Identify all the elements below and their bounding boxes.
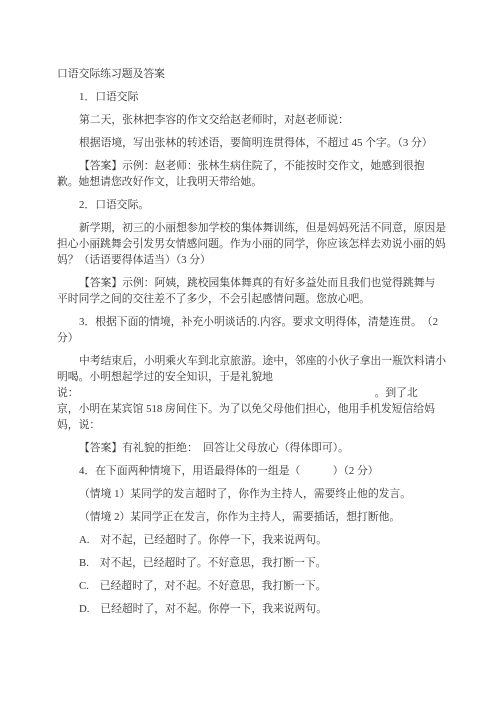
q4-situation-1: （情境 1）某同学的发言超时了，你作为主持人，需要终止他的发言。 xyxy=(57,486,450,502)
q3-context-line-5: 妈，说： xyxy=(57,417,450,433)
q3-answer-block: 【答案】有礼貌的拒绝： 回答让父母放心（得体即可）。 xyxy=(57,440,450,456)
q1-task-block: 根据语境，写出张林的转述语，要简明连贯得体，不超过 45 个字。（3 分） xyxy=(57,135,450,151)
q4-heading: 4．在下面两种情境下，用语最得体的一组是（ ）（2 分） xyxy=(57,463,450,479)
q2-context-line-3: 妈？（话语要得体适当）（3 分） xyxy=(57,252,450,268)
q3-blank-before: 说： xyxy=(57,387,79,399)
q3-blank-after: 。到了北 xyxy=(375,387,418,399)
q3-context-block: 中考结束后，小明乘火车到北京旅游。途中，邻座的小伙子拿出一瓶饮料请小 明喝。小明… xyxy=(57,353,450,433)
q3-context-line-1: 中考结束后，小明乘火车到北京旅游。途中，邻座的小伙子拿出一瓶饮料请小 xyxy=(57,353,450,369)
q2-answer-block: 【答案】示例：阿姨，跳校园集体舞真的有好多益处而且我们也觉得跳舞与 平时同学之间… xyxy=(57,275,450,307)
q4-heading-block: 4．在下面两种情境下，用语最得体的一组是（ ）（2 分） xyxy=(57,463,450,479)
title-block: 口语交际练习题及答案 xyxy=(57,66,450,82)
q3-context-line-2: 明喝。小明想起学过的安全知识，于是礼貌地 xyxy=(57,369,450,385)
q2-answer-line-1: 【答案】示例：阿姨，跳校园集体舞真的有好多益处而且我们也觉得跳舞与 xyxy=(57,275,450,291)
q1-task: 根据语境，写出张林的转述语，要简明连贯得体，不超过 45 个字。（3 分） xyxy=(57,135,450,151)
q4-option-c: C. 已经超时了，对不起。不好意思，我打断一下。 xyxy=(57,578,450,594)
document-page: 口语交际练习题及答案 1．口语交际 第二天，张林把李容的作文交给赵老师时，对赵老… xyxy=(0,0,500,707)
q2-context-block: 新学期，初三的小丽想参加学校的集体舞训练，但是妈妈死活不同意，原因是 担心小丽跳… xyxy=(57,220,450,268)
q4-option-d-block: D. 已经超时了，对不起。你停一下，我来说两句。 xyxy=(57,601,450,617)
q1-context: 第二天，张林把李容的作文交给赵老师时，对赵老师说： xyxy=(57,112,450,128)
q1-context-block: 第二天，张林把李容的作文交给赵老师时，对赵老师说： xyxy=(57,112,450,128)
q2-answer-line-2: 平时同学之间的交往差不了多少，不会引起感情问题。您放心吧。 xyxy=(57,291,450,307)
q3-heading-line-2: 分） xyxy=(57,330,450,346)
q3-heading-block: 3．根据下面的情境，补充小明谈话的.内容。要求文明得体，清楚连贯。 （2 分） xyxy=(57,314,450,346)
q4-situation-2: （情境 2）某同学正在发言，你作为主持人，需要插话，想打断他。 xyxy=(57,509,450,525)
q1-heading-block: 1．口语交际 xyxy=(57,89,450,105)
q4-option-a: A. 对不起，已经超时了。你停一下，我来说两句。 xyxy=(57,532,450,548)
q4-option-c-block: C. 已经超时了，对不起。不好意思，我打断一下。 xyxy=(57,578,450,594)
q1-answer-line-1: 【答案】示例：赵老师：张林生病住院了，不能按时交作文，她感到很抱 xyxy=(57,158,450,174)
q1-answer-block: 【答案】示例：赵老师：张林生病住院了，不能按时交作文，她感到很抱 歉。她想请您改… xyxy=(57,158,450,190)
q2-heading-block: 2．口语交际。 xyxy=(57,197,450,213)
q3-context-line-4: 京，小明在某宾馆 518 房间住下。为了以免父母他们担心，他用手机发短信给妈 xyxy=(57,401,450,417)
q4-situation2-block: （情境 2）某同学正在发言，你作为主持人，需要插话，想打断他。 xyxy=(57,509,450,525)
q1-answer-line-2: 歉。她想请您改好作文，让我明天带给她。 xyxy=(57,174,450,190)
page-title: 口语交际练习题及答案 xyxy=(57,66,450,82)
q1-heading: 1．口语交际 xyxy=(57,89,450,105)
q2-context-line-2: 担心小丽跳舞会引发男女情感问题。作为小丽的同学，你应该怎样去劝说小丽的妈 xyxy=(57,236,450,252)
q4-option-a-block: A. 对不起，已经超时了。你停一下，我来说两句。 xyxy=(57,532,450,548)
q2-heading: 2．口语交际。 xyxy=(57,197,450,213)
q3-context-line-3: 说：。到了北 xyxy=(57,385,450,401)
q4-option-d: D. 已经超时了，对不起。你停一下，我来说两句。 xyxy=(57,601,450,617)
q2-context-line-1: 新学期，初三的小丽想参加学校的集体舞训练，但是妈妈死活不同意，原因是 xyxy=(57,220,450,236)
q4-option-b: B. 对不起，已经超时了。不好意思，我打断一下。 xyxy=(57,555,450,571)
q4-situation1-block: （情境 1）某同学的发言超时了，你作为主持人，需要终止他的发言。 xyxy=(57,486,450,502)
q3-heading-line-1: 3．根据下面的情境，补充小明谈话的.内容。要求文明得体，清楚连贯。 （2 xyxy=(57,314,450,330)
q4-option-b-block: B. 对不起，已经超时了。不好意思，我打断一下。 xyxy=(57,555,450,571)
q3-answer: 【答案】有礼貌的拒绝： 回答让父母放心（得体即可）。 xyxy=(57,440,450,456)
